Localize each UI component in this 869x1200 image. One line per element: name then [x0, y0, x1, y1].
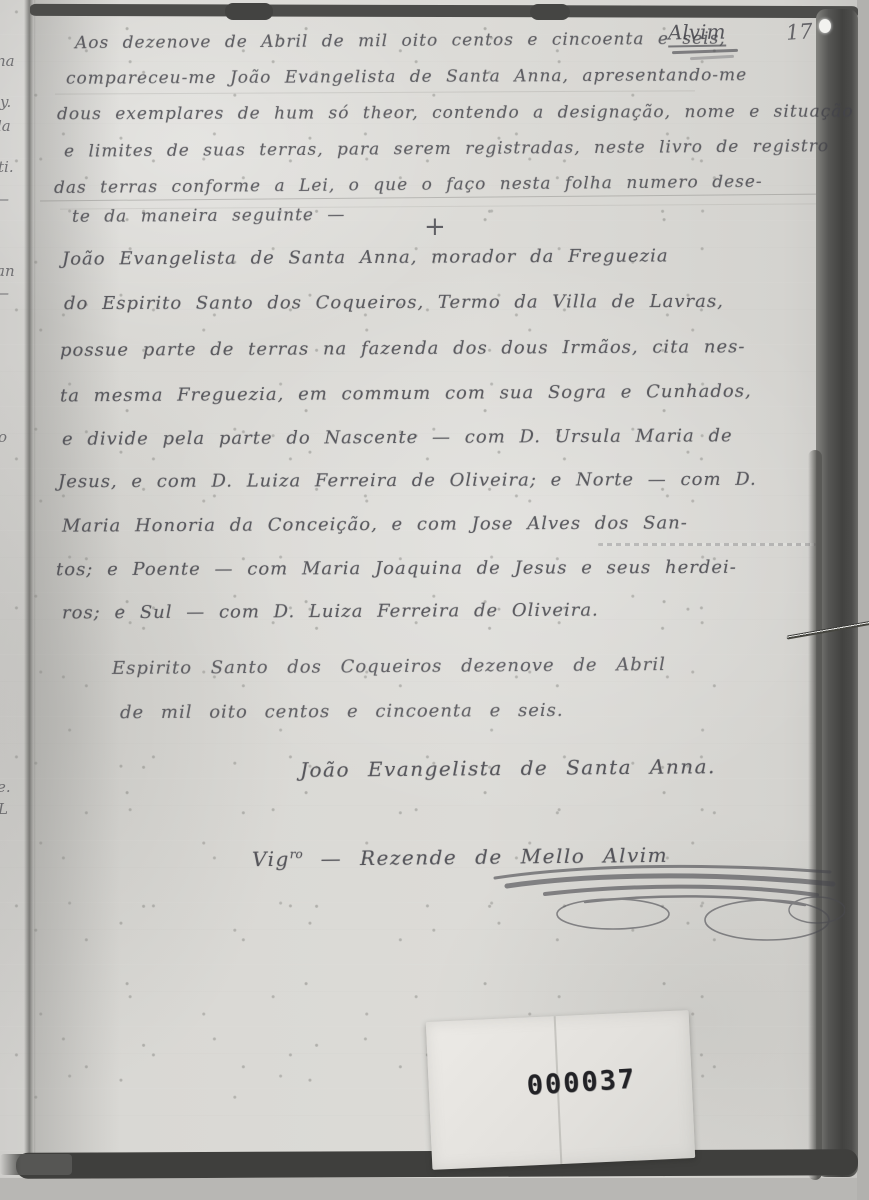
declaration-line: Jesus, e com D. Luiza Ferreira de Olivei… — [58, 469, 757, 492]
frame-right-band-shadow — [808, 450, 822, 1180]
stamp-number: 000037 — [526, 1064, 637, 1102]
opening-line: dous exemplares de hum só theor, contend… — [57, 102, 854, 125]
signature-flourish — [485, 852, 845, 952]
scan-white-speck — [819, 19, 831, 33]
declaration-line: tos; e Poente — com Maria Joaquina de Je… — [56, 557, 737, 580]
party-signature: João Evangelista de Santa Anna. — [300, 754, 716, 782]
gutter-fragment: e. — [0, 778, 11, 796]
declaration-line: Maria Honoria da Conceição, e com Jose A… — [62, 512, 688, 536]
gutter-fragment: an — [0, 262, 15, 280]
declaration-line: ros; e Sul — com D. Luiza Ferreira de Ol… — [62, 600, 599, 624]
dateline-line: Espirito Santo dos Coqueiros dezenove de… — [112, 654, 666, 679]
witness-separator: — — [321, 846, 343, 870]
frame-top-blob — [225, 3, 273, 20]
gutter-fragment: y. — [0, 93, 11, 111]
page-number: 17 — [785, 19, 813, 45]
gutter-fragment: — — [0, 190, 9, 208]
frame-bottom-left-stub — [0, 1154, 72, 1175]
scanned-manuscript-page: na y. la ti. — an — o e. L Aos dezenove … — [0, 0, 869, 1200]
opening-line: compareceu-me João Evangelista de Santa … — [66, 65, 747, 89]
gutter-fragment: na — [0, 52, 15, 70]
scan-right-edge — [857, 0, 869, 1200]
stamp-slip: 000037 — [426, 1010, 695, 1170]
frame-top-blob — [530, 4, 570, 20]
dateline-line: de mil oito centos e cincoenta e seis. — [120, 700, 564, 723]
gutter-fragment: ti. — [0, 158, 14, 176]
declaration-line: e divide pela parte do Nascente — com D.… — [62, 425, 733, 450]
frame-top-band — [30, 4, 858, 18]
witness-title-superscript: ro — [290, 847, 303, 861]
witness-title: Vig — [252, 847, 290, 871]
scan-bottom-edge — [0, 1178, 869, 1200]
erased-dotted-line — [598, 543, 816, 546]
rubric-signature: Alvim — [668, 20, 726, 48]
declaration-line: do Espirito Santo dos Coqueiros, Termo d… — [64, 291, 724, 314]
gutter-fragment: o — [0, 428, 7, 446]
cross-mark: + — [424, 212, 446, 242]
gutter-fragment: la — [0, 117, 11, 135]
gutter-fragment: — — [0, 284, 9, 302]
frame-right-band — [816, 9, 858, 1177]
declaration-line: João Evangelista de Santa Anna, morador … — [62, 245, 669, 269]
opening-line: te da maneira seguinte — — [72, 205, 346, 227]
gutter-fragment: L — [0, 800, 8, 818]
declaration-line: possue parte de terras na fazenda dos do… — [60, 336, 746, 361]
